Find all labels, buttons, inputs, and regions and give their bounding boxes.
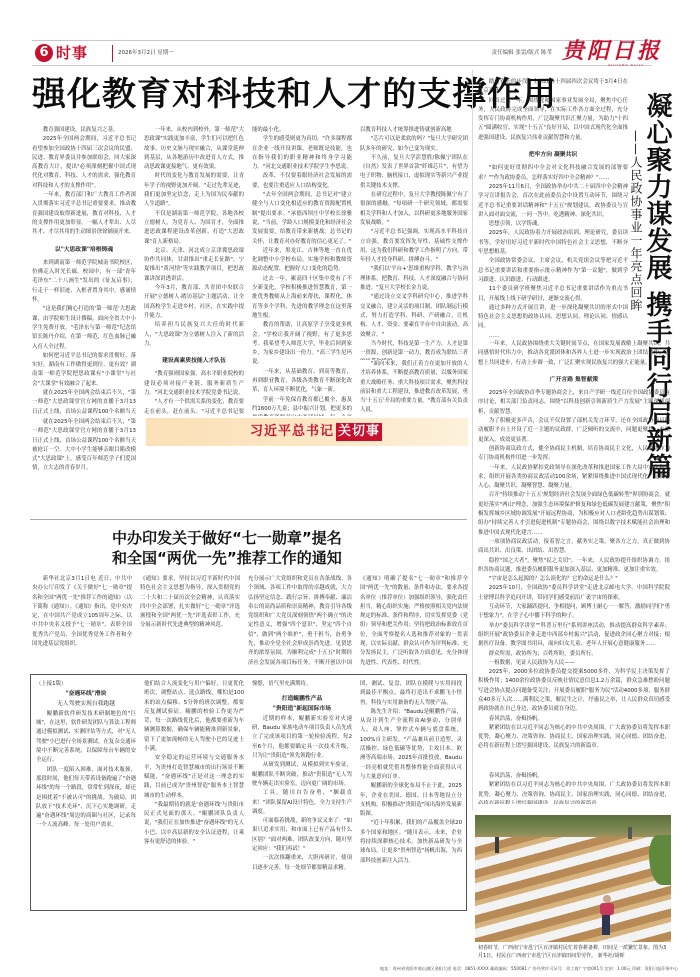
paper-logo-subtitle: GUIYANG DAILY [608,63,644,67]
box-col4: 团、测试、复盘，团队在摸爬与实用间找到最佳平衡点，最终打造出不乖鹏飞小怪兽，科技… [360,680,462,906]
main-article-col3: 能的最小化。 学生的感受则更为真切。"许多课程都在企业一线开设讲课，老师既是技能… [252,126,352,416]
paragraph: 从研发到测试，从模拟到实车验证，鲲鹏团队不断突破，推动"贵阳造"无人驾驶车辆走出… [252,761,352,789]
paragraph: 紧紧团结在以习近平同志为核心的中共中央周围，广大政协委员将发挥本职优势，凝心聚力… [478,781,670,804]
paragraph: 团、测试、复盘，团队在摸爬与实用间找到最佳平衡点，最终打造出不乖鹏飞小怪兽，科技… [360,680,462,708]
photo-farmer [600,895,614,935]
photo-farmer-far [495,837,499,853]
paragraph: 2025年全国两会期间，习近平总书记看望参加全国政协十四届三次会议的民盟、民进、… [32,135,136,191]
subheading: 建设高素质技能人才队伍 [144,357,244,366]
paragraph: 近期的样本，鲲鹏新实验室对火速研，Baudu 家族电动车项目负责人员先成立了完成… [252,715,352,761]
farmer-legs [602,915,610,935]
paragraph: 稳控"国之大者"，聚焦"民之关切"。一年来，人民政协提升组织协调力，组织各协商议… [478,557,670,576]
subheading: 把牢方向 凝聚共识 [478,151,628,160]
paragraph: 陈先生介绍："Baudu是鲲鹏性产品，从设计到生产全流程由AI驱动，分别单人、双… [360,708,462,782]
right-article-end: 春风浩荡，奋楫扬帆。 紧紧团结在以习近平同志为核心的中共中央周围，广大政协委员将… [478,772,670,804]
paragraph: 在研究过程中，复旦大学教授陈佩宁有了很深的感触。"每项研一个研究领域，都需要相关… [360,191,468,228]
photo-bush [649,835,671,885]
second-article-col3: 充分展示广大党组织和党员在各条战线、各个领域、各项工作中取得的卓越成就，大力弘扬… [248,575,352,667]
main-article-col2: 一年来，从校内到校外，第一师范"大思政课"实践更加丰富，学生们可以把红色故事、历… [144,126,244,416]
paragraph: 11个委员研学班聚焦习近平总书记重要讲话作为重点书目，开展线上线下研学研讨，逐渐… [478,285,628,304]
right-article-subheadline: ——人民政协事业一年亮点回眸 [629,130,643,312]
second-article-col2: 《通知》要求，坚持以习近平新时代中国特色社会主义思想为指导，深入贯彻党的二十大和… [140,575,240,667]
paragraph: 2025年全国政协首季专题协商会上，来自产学研一线近百位全国政协委员有序讨论，相… [478,389,670,417]
paragraph: 安全稳定的运营环境与交通服务水平，为贵州打造智慧城市的出行场景不断赋能，"奋遇环… [144,754,244,800]
paragraph: 过去一年，累高四十区集中爱有了不少新变化，学校积极推进智慧教育，第一批优秀教师从… [252,275,352,321]
photo-farmer-far2 [628,827,632,839]
farmer-torso [600,903,614,915]
paragraph: "如何更好贯彻四中全会对文化科技融合发展的部署要求？""作为政协委员，怎样落实好… [478,164,628,183]
subheading: 广开言路 集智献策 [478,376,670,385]
paragraph: 踏着春天的步伐，全国政协十四届四次会议将于3月4日在北京召开。 [478,78,628,97]
farmer-head [603,895,611,903]
page-footer: 地址：贵州省贵阳市观山湖区金阳大道 电话：0851-XXXX 邮政编码：5500… [380,966,700,972]
paragraph: 一年来，教育部门和广大教育工作者深入贯彻落实习近平总书记重要要求，推动教育强国建… [32,191,136,237]
second-article-col4: 《通知》明确了提名"七一勋章"和推荐全国"两优一先"的数量、条件和办法。要求各提… [360,575,468,667]
paragraph: 来到湖南第一师范学院城南书院校区，仿佛走入时光长廊。校园中，有一部"青年毛泽东"… [32,259,136,305]
paragraph: 近年来，黑龙江、吉林等地一直在优化调整中小学校布局，实施学校和教师资源动态配置，… [252,247,352,275]
paragraph: 创新协商议政方式，健全协商民主机制，培育协商民主文化，人民政协作为专门协商机构作… [478,445,670,464]
main-article-col4-end: "面向未来，我们正着力在更加开放的人才培养体系，不断提高教育质量，以服务国家重大… [360,360,468,416]
paragraph: 就在2025年全国两会结束后不久，"第一师范"大思政课堂官方网的直播于3月13日… [32,389,136,416]
banner-text: 习近平总书记关切事 [250,423,382,441]
main-headline: 强化教育对科技和人才的支撑作用 [32,74,485,114]
paragraph: 2025年，2000多位政协委员提交提案5000多件，为科学民主决策发挥了积极作… [478,668,670,714]
paragraph: 如何把习近平总书记的要求贯彻好、落实好，湖南有工作做得更到位、更有效？湖南第一师… [32,352,136,389]
paragraph: 一年来，从校内到校外，第一师范"大思政课"实践更加丰富，学生们可以把红色故事、历… [144,126,244,172]
continued-label: （上接1版） [36,680,136,689]
paragraph: 不仅是湖南第一师范学院，各地各校立德树人，为党育人、为国育才，全面推进思政课程建… [144,210,244,247]
paragraph: "我们以'平台+'思维重构学科，教学与治理体系，把教育、科技、人才深度融合与协同… [360,265,468,293]
subheading: 以"大思政课"培根铸魂 [32,246,136,255]
paragraph: "习近平总书记强调，实现高水平科技自立自强，教育要发挥先导性、基础性支撑作用。这… [360,228,468,265]
paragraph: 为了积极更多声音，会议不仅设置了部机关发言环节，还在全国政协委员移动履职平台上开… [478,417,670,445]
paragraph: 鲲鹏新的全球化布局不止于此。2025年，企业在美国、德国、日本等地设立分支机构，… [360,782,462,819]
subheading: 打造鲲鹏性产品 [252,695,352,704]
paragraph: 《通知》明确了提名"七一勋章"和推荐全国"两优一先"的数量、条件和办法。要求各提… [360,575,468,667]
paragraph: 回首过去一年，围绕党和国家事业发展全局，聚焦中心任务，人民政协完成全面领导，在实… [478,97,628,143]
xi-concern-banner[interactable]: 习近平总书记关切事 [146,418,468,446]
paragraph: "通过设立交叉学科研究中心，推进学科交叉融合，建立灵活的项目制、团队制运行模式，… [360,293,468,339]
photo-caption: 初春时节，广西南宁市邕宁区百济镇村民忙着春耕备耕，田间呈一派繁忙景象。图为3月1… [478,944,668,960]
paragraph: 2025年10月，全国政协"委员科学讲堂"走进北京邮电大学。中国科学院院士徐博以… [478,584,670,603]
page-number-badge: 6 [35,44,53,62]
photo-tree-line [475,815,671,837]
headline-line2: 和全国“两优一先”推荐工作的通知 [112,548,432,568]
box-col1: （上接1版） "奋遇环线"滑块 无人驾驶实现自我跑越 鲲鹏新软件研发技术研制地色… [36,680,136,906]
paragraph: 时代的变化与教育发展的需要，让青年学子的视野更加开阔。"走过先辈足迹，我们更加坚… [144,172,244,209]
paragraph: "我最期待的就是'奋遇环线'与贵阳市民正式见面的那天。"鲲鹏团队负责人说，"我们… [144,801,244,847]
box-col2: 他们结合人流变化与用户偏好，日更优化班次，调整站点、选点路线，哪怕是100米的站… [144,680,244,906]
paragraph: 互动环节，大家踊跃提问，争相提问，顾博士耐心一一解答，激励同学们"勇于想象力"，… [478,603,670,622]
paragraph: 新华社北京3月1日电 近日，中共中央办公厅印发了《关于做好"七一勋章"提名和全国… [32,575,132,649]
second-article-col1: 新华社北京3月1日电 近日，中共中央办公厅印发了《关于做好"七一勋章"提名和全国… [32,575,132,667]
paragraph: "面向未来，我们正着力在更加开放的人才培养体系，不断提高教育质量，以服务国家重大… [360,360,468,416]
paragraph: "教育强则国家强。高水平职业院校的建设必须对接产业链、服务新质生产力。"河北交通… [144,370,244,398]
right-article-bottom: 一年来，人民政协围绕重大关键时间节点，在国家发展战略上凝聚共识，共同感悟时代伟力… [478,340,670,810]
banner-highlight: 关切事 [336,423,382,441]
subheading: "贵阳造"新起国际市场 [252,705,352,714]
paragraph: …… [478,332,628,340]
paragraph: 通过多种方式开展宣讲，进一步深化凝聚共识的形式中国特色社会主义思想的政协认同、思… [478,304,628,332]
farm-photo [475,815,671,942]
right-article-top: 踏着春天的步伐，全国政协十四届四次会议将于3月4日在北京召开。 回首过去一年，围… [478,78,628,340]
paragraph: 一次次推翻重来，大胆再研讨，使项目逐步完善，每一处细节都要精益求精。 [252,854,352,873]
paragraph: 一租数据，见证人民政协为人民—— [478,659,670,668]
paragraph: "人才有一个供需关系的变化，教育要走在前头，赶在前头。"习近平总书记要求，职业教… [144,398,244,416]
masthead-divider [112,45,113,62]
issue-date: 2026年3月2日 星期一 [118,48,174,56]
paragraph: 春风浩荡，奋楫扬帆。 [478,715,670,724]
paragraph: 举办"委员科学讲堂""科普万里行"系列讲座活动，推动提高群众科学素养；组织开展"… [478,622,670,650]
paragraph: "芯片可以是柔软的吗？"复旦大学研究团队多年的研究，如今已变为现实。 [360,135,468,154]
paragraph: 培养担当民族复兴大任的时代新人，"大思政课"为立德树人注入了新的活力。 [144,321,244,349]
paragraph: 不久前，复旦大学彭慧胜/陈佩宁团队在《自然》发表了世界首款"纤维芯片"，有望为电… [360,154,468,191]
paragraph: "宇宙是怎么起源的？怎么演化的？它的命运是什么？" [478,575,670,584]
paragraph: 憧憬，语气里充满期待。 [252,680,352,689]
paragraph: 就在2025年全国两会结束后不久，"第一师范"大思政课堂官方网的直播于3月13日… [32,418,136,474]
paragraph: 2025年，人民政协着力开展政治培训、理论研究，委员读书等，学好用好习近平新时代… [478,229,628,257]
paragraph: 全国政协常委会议、主席会议、机关党组会议等把习近平总书记重要讲话和重要指示批示精… [478,257,628,285]
section-title: 时事 [56,43,88,63]
paragraph: 召开"持续推动'十五五'规划经济社会发展全面绿色低碳转型"界别协商会，就更好落实… [478,491,670,537]
column-rule [472,70,473,810]
paragraph: 2025年11月6日，全国政协举办中共二十届四中全会精神学习宣讲报告会，首次在此… [478,183,628,220]
paragraph: 学生的感受则更为真切。"许多课程都在企业一线开设讲课，老师既是技能，也在指导我们… [252,135,352,172]
paragraph: 紧紧团结在以习近平同志为核心的中共中央周围，广大政协委员将发挥本职优势，凝心聚力… [478,724,670,752]
paragraph: 以教育科技人才统筹推进铸就创新高地 [360,126,468,135]
paragraph: 能的最小化。 [252,126,352,135]
paragraph: "这是我们精心打造的'第一师范'大思政课，由学院师生设计撰稿，面向全省大中小学生… [32,305,136,351]
paragraph: 改革，不仅要着眼经济社会发展的需要，也要注重适应人口结构变化。 [252,172,352,191]
paper-logo: 贵阳日报 [562,37,662,65]
subheading: "奋遇环线"滑块 [36,690,136,699]
paragraph: 《通知》要求，坚持以习近平新时代中国特色社会主义思想为指导，深入贯彻党的二十大和… [140,575,240,631]
main-article-col1: 教育强国建设，民族复兴之基。 2025年全国两会期间，习近平总书记看望参加全国政… [32,126,136,416]
editor-credits: 责任编辑 张雷/版式 陈苇 [492,48,552,56]
paragraph: 团队一度陷入困难，面对技术瓶颈，那段时间，他们每天带着设备跑遍了"奋遇环线"的每… [36,766,136,831]
banner-label: 习近平总书记 [250,424,334,439]
second-headline: 中办印发关于做好“七一勋章”提名 和全国“两优一先”推荐工作的通知 [112,528,432,568]
paragraph: 学前一年免保育教育都已覆全，惠及约1600万儿童；县中振兴计划，把更多的优质教育… [252,396,352,416]
paragraph: 鲲鹏新软件研发技术研制地色的"巨城"，在这里，软件研发团队与算法工程师通过模拟测… [36,710,136,766]
paragraph: 群众所需，政协所为；百姓所盼，委员所行。 [478,650,670,659]
main-article-col1-lower: 就在2025年全国两会结束后不久，"第一师范"大思政课堂官方网的直播于3月13日… [32,418,136,518]
paragraph: 教育强国建设，民族复兴之基。 [32,126,136,135]
paragraph: 北京、天津、河北成立京津冀思政课协作共同体，甘肃推出"重走长征路"，宁夏推出"黄… [144,247,244,284]
paragraph: 充分展示广大党组织和党员在各条战线、各个领域、各项工作中取得的卓越成就，大力弘扬… [248,575,352,667]
paragraph: 思想引领，以学铸魂。 [478,220,628,229]
headline-line1: 中办印发关于做好“七一勋章”提名 [112,528,432,548]
masthead: 6 时事 2026年3月2日 星期一 责任编辑 张雷/版式 陈苇 贵阳日报 GU… [32,40,652,66]
paragraph: 教育的帮助，让高原学子享受更多机会。"学校让我开阔了视野，有了更多思考。我希望考… [252,321,352,367]
paragraph: 一年来，从基础教育、到高等教育，再到职业教育，各级各类教育不断深化改革，育人环境… [252,368,352,396]
box-col3: 憧憬，语气里充满期待。 打造鲲鹏性产品 "贵阳造"新起国际市场 近期的样本，鲲鹏… [252,680,352,906]
paragraph: "去年全国两会期间，总书记对"建立健全与人口变化相适应的教育资源配置机制"提出要… [252,191,352,247]
paragraph: 一项项协商议政活动，接着智之言，献务实之策，聚各方之力，真正做到协商出共识、出良… [478,538,670,557]
paragraph: 春风浩荡，奋楫扬帆。 [478,772,670,781]
paragraph: 可面临着挑战，新的争议又来了："如果只追求实用，和市面上已有产品有什么区别？"面… [252,817,352,854]
paragraph: "近十年积累，我们的产品覆盖全球20多个国家和地区。"随川表示，未来，企业将持续… [360,819,462,865]
paragraph: 工具，随川自告奋勇，"捆载直来！"团队保留AI设计特色，全力支持生产调度。 [252,789,352,817]
paragraph: 一年来，人民政协围绕重大关键时间节点，在国家发展战略上凝聚共识，共同感悟时代伟力… [478,340,670,368]
paragraph: 今年3月，教育部、共青团中央联合开展"立德树人·踏访基层"主题活动，让全国高校学… [144,284,244,321]
subheading: 无人驾驶实现自我跑越 [36,700,136,709]
paragraph: 一年来，人民政协紧扣党政领导在深化改革和推进国家工作大局中定位和要求，组织开展各… [478,464,670,492]
section-divider [30,519,467,520]
paragraph: 他们结合人流变化与用户偏好，日更优化班次，调整站点、选点路线，哪怕是100米的站… [144,680,244,754]
